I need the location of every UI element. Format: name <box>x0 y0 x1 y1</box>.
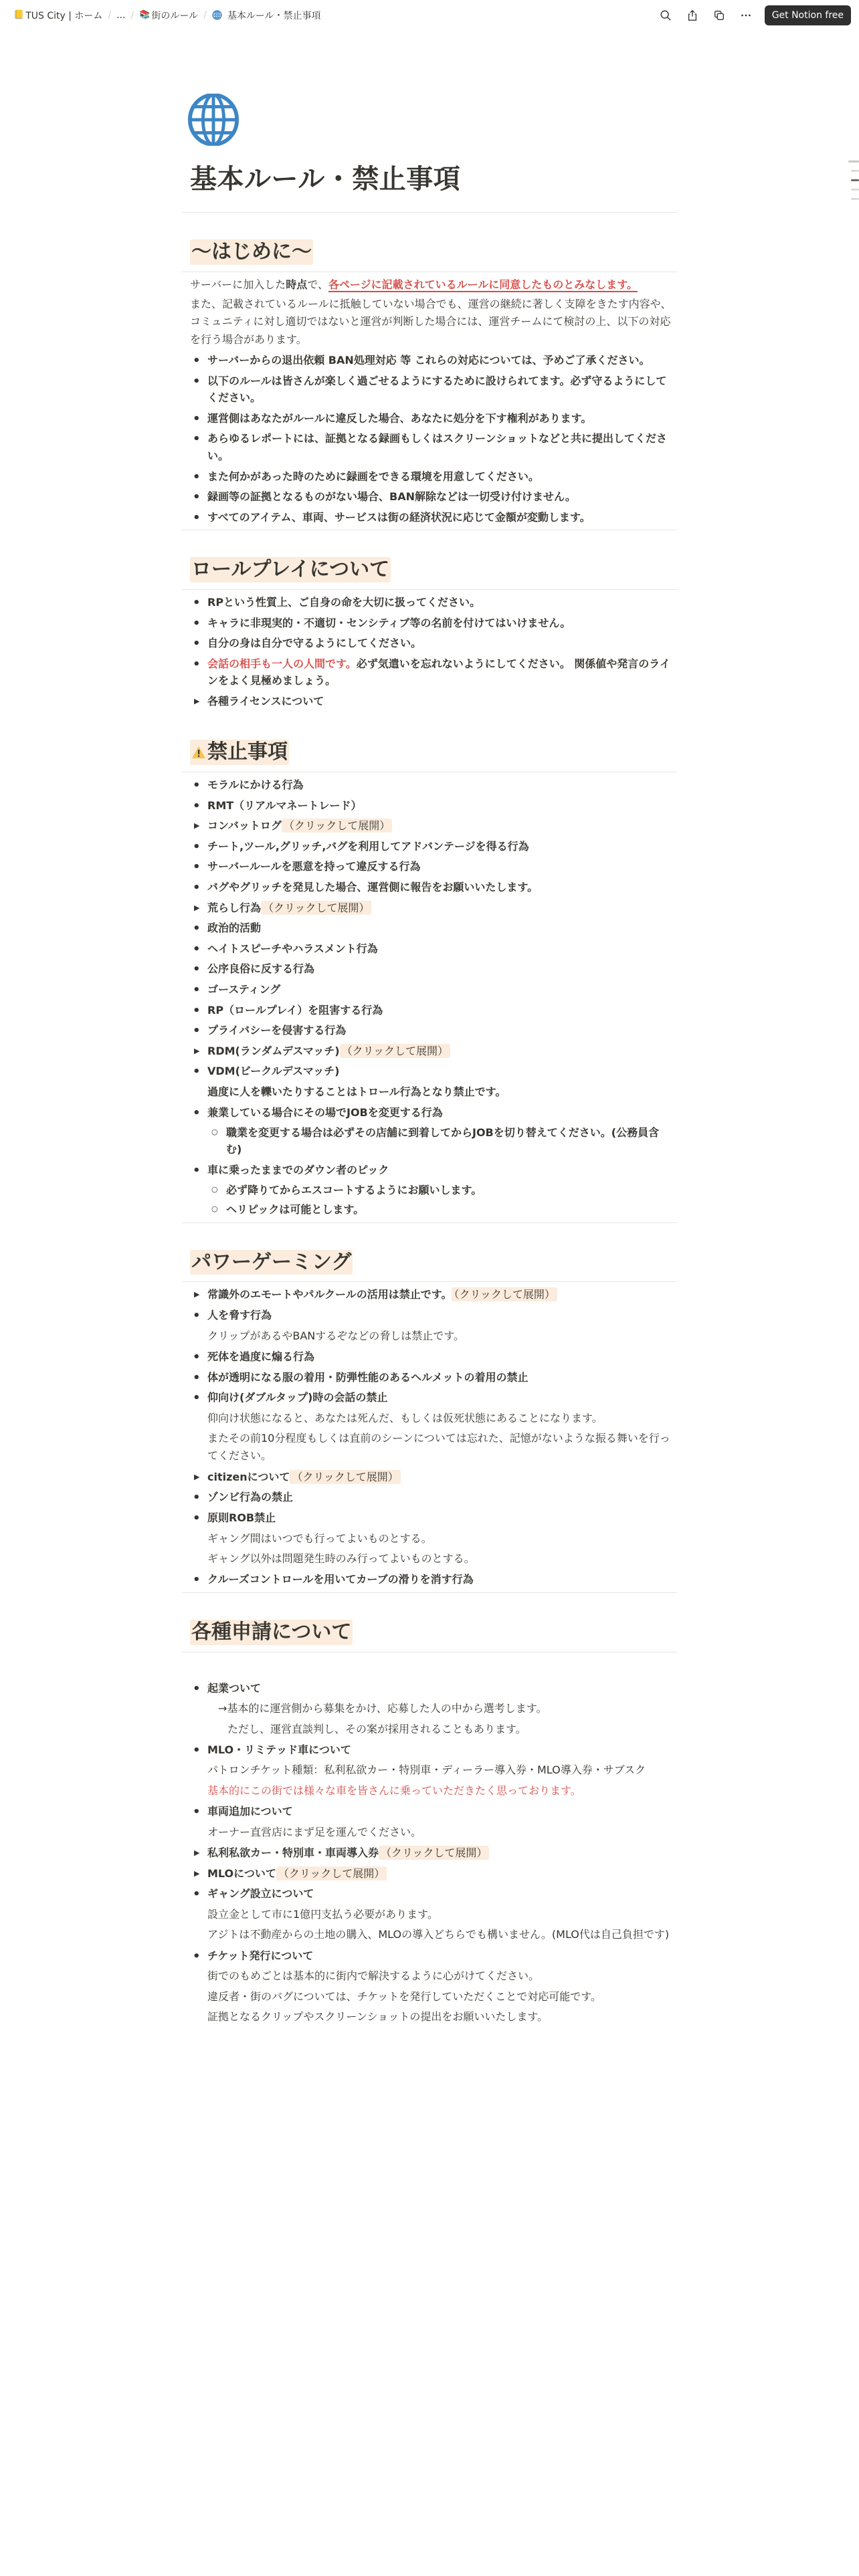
roleplay-list: RPという性質上、ご自身の命を大切に扱ってください。 キャラに非現実的・不適切・… <box>190 594 672 710</box>
books-icon: 📚 <box>139 10 150 20</box>
list-item: チート,ツール,グリッチ,バグを利用してアドバンテージを得る行為 <box>190 838 672 855</box>
list-item: プライバシーを侵害する行為 <box>190 1022 672 1039</box>
list-item: すべてのアイテム、車両、サービスは街の経済状況に応じて金額が変動します。 <box>190 509 672 526</box>
get-notion-free-button[interactable]: Get Notion free <box>765 5 851 25</box>
vdm-note: 過度に人を轢いたりすることはトロール行為となり禁止です。 <box>190 1083 672 1101</box>
search-button[interactable] <box>655 6 676 25</box>
note: 違反者・街のバグについては、チケットを発行していただくことで対応可能です。 <box>190 1988 672 2006</box>
powergaming-list: 常識外のエモートやパルクールの活用は禁止です。（クリックして展開） 人を脅す行為 <box>190 1286 672 1323</box>
note-red: 基本的にこの街では様々な車を皆さんに乗っていただきたく思っております。 <box>190 1782 672 1800</box>
expand-hint: （クリックして展開） <box>452 1287 557 1301</box>
note: 設立金として市に1億円支払う必要があります。 <box>190 1906 672 1923</box>
section-powergaming: パワーゲーミング 常識外のエモートやパルクールの活用は禁止です。（クリックして展… <box>190 1223 672 1593</box>
list-item: 体が透明になる服の着用・防弾性能のあるヘルメットの着用の禁止 <box>190 1369 672 1386</box>
duplicate-button[interactable] <box>708 6 730 25</box>
note: またその前10分程度もしくは直前のシーンについては忘れた、記憶がないような振る舞… <box>190 1430 672 1465</box>
powergaming-list-3: citizenについて（クリックして展開） ゾンビ行為の禁止 原則ROB禁止 <box>190 1469 672 1527</box>
list-item: ヘイトスピーチやハラスメント行為 <box>190 940 672 958</box>
toc-line[interactable] <box>848 160 859 163</box>
warning-icon <box>191 746 206 759</box>
expand-hint: （クリックして展開） <box>282 819 392 833</box>
list-item: 政治的活動 <box>190 920 672 937</box>
topbar-actions: Get Notion free <box>655 5 851 25</box>
page-title: 基本ルール・禁止事項 <box>182 158 677 196</box>
globe-icon <box>212 10 222 20</box>
search-icon <box>660 9 672 21</box>
toc-line[interactable] <box>851 170 859 172</box>
breadcrumb-separator: / <box>203 10 207 21</box>
list-item: 会話の相手も一人の人間です。必ず気遣いを忘れないようにしてください。 関係値や発… <box>190 655 672 689</box>
note: クリップがあるやBANするぞなどの脅しは禁止です。 <box>190 1327 672 1345</box>
expand-hint: （クリックして展開） <box>290 1470 400 1484</box>
top-bar: 📒 TUS City | ホーム / ... / 📚 街のルール / 基本ルール… <box>0 0 859 30</box>
note: 仰向け状態になると、あなたは死んだ、もしくは仮死状態にあることになります。 <box>190 1410 672 1427</box>
section-prohibited: 禁止事項 モラルにかける行為 RMT（リアルマネートレード） コンバットログ（ク… <box>190 713 672 1222</box>
expand-hint: （クリックして展開） <box>379 1846 489 1860</box>
list-item: 車に乗ったままでのダウン者のピック 必ず降りてからエスコートするようにお願いしま… <box>190 1162 672 1218</box>
note: ただし、運営直談判し、その案が採用されることもあります。 <box>190 1721 672 1738</box>
share-icon <box>686 9 698 21</box>
note: パトロンチケット種類：私利私欲カー・特別車・ディーラー導入券・MLO導入券・サブ… <box>190 1761 672 1779</box>
sub-list: 職業を変更する場合は必ずその店舗に到着してからJOBを切り替えてください。(公務… <box>207 1124 672 1158</box>
toggle-combat-log[interactable]: コンバットログ（クリックして展開） <box>190 817 672 835</box>
breadcrumb-town-rules[interactable]: 📚 街のルール <box>135 7 202 23</box>
intro-list: サーバーからの退出依頼 BAN処理対応 等 これらの対応については、予めご了承く… <box>190 352 672 526</box>
applications-list-2: MLO・リミテッド車について <box>190 1741 672 1759</box>
more-icon <box>740 9 752 21</box>
note: アジトは不動産からの土地の購入、MLOの導入どちらでも構いません。(MLO代は自… <box>190 1926 672 1943</box>
sub-list-item: 必ず降りてからエスコートするようにお願いします。 <box>207 1182 672 1199</box>
list-item: モラルにかける行為 <box>190 776 672 794</box>
heading-roleplay: ロールプレイについて <box>190 557 391 582</box>
toggle-trolling[interactable]: 荒らし行為（クリックして展開） <box>190 899 672 917</box>
powergaming-list-4: クルーズコントロールを用いてカーブの滑りを消す行為 <box>190 1571 672 1588</box>
breadcrumb-ellipsis[interactable]: ... <box>112 9 129 22</box>
heading-intro: ～はじめに～ <box>190 239 313 265</box>
list-item: 死体を過度に煽る行為 <box>190 1348 672 1366</box>
toc-line[interactable] <box>851 189 859 191</box>
toc-line-active[interactable] <box>851 179 859 181</box>
sub-list-item: 職業を変更する場合は必ずその店舗に到着してからJOBを切り替えてください。(公務… <box>207 1124 672 1158</box>
list-item: 仰向け(ダブルタップ)時の会話の禁止 <box>190 1389 672 1406</box>
divider <box>182 589 677 590</box>
intro-paragraph-2: また、記載されているルールに抵触していない場合でも、運営の継続に著しく支障をきた… <box>190 296 672 348</box>
agreement-notice: 各ページに記載されているルールに同意したものとみなします。 <box>328 278 638 292</box>
divider <box>182 772 677 772</box>
expand-hint: （クリックして展開） <box>261 901 371 915</box>
list-item: 録画等の証拠となるものがない場合、BAN解除などは一切受け付けません。 <box>190 488 672 506</box>
list-item: RPという性質上、ご自身の命を大切に扱ってください。 <box>190 594 672 611</box>
breadcrumb-separator: / <box>108 10 111 21</box>
list-item: あらゆるレポートには、証拠となる録画もしくはスクリーンショットなどと共に提出して… <box>190 430 672 464</box>
list-item: キャラに非現実的・不適切・センシティブ等の名前を付けてはいけません。 <box>190 615 672 632</box>
section-applications: 各種申請について 起業ついて →基本的に運営側から募集をかけ、応募した人の中から… <box>190 1593 672 2026</box>
toggle-citizen[interactable]: citizenについて（クリックして展開） <box>190 1469 672 1486</box>
toggle-rdm[interactable]: RDM(ランダムデスマッチ)（クリックして展開） <box>190 1043 672 1060</box>
divider <box>182 1281 677 1282</box>
list-item: 運営側はあなたがルールに違反した場合、あなたに処分を下す権利があります。 <box>190 410 672 427</box>
list-item: 以下のルールは皆さんが楽しく過ごせるようにするために設けられてます。必ず守るよう… <box>190 372 672 407</box>
list-item: バグやグリッチを発見した場合、運営側に報告をお願いいたします。 <box>190 879 672 896</box>
list-item: 自分の身は自分で守るようにしてください。 <box>190 635 672 652</box>
sub-list: 必ず降りてからエスコートするようにお願いします。 ヘリピックは可能とします。 <box>207 1182 672 1218</box>
toggle-emotes-parkour[interactable]: 常識外のエモートやパルクールの活用は禁止です。（クリックして展開） <box>190 1286 672 1303</box>
more-button[interactable] <box>735 6 757 25</box>
toc-line[interactable] <box>851 198 859 200</box>
globe-icon[interactable] <box>187 94 240 146</box>
note: 証拠となるクリップやスクリーンショットの提出をお願いいたします。 <box>190 2008 672 2026</box>
duplicate-icon <box>713 9 725 21</box>
divider <box>182 1652 677 1652</box>
list-item: 公序良俗に反する行為 <box>190 960 672 978</box>
divider <box>182 272 677 272</box>
toggle-mlo[interactable]: MLOについて（クリックして展開） <box>190 1865 672 1883</box>
heading-powergaming: パワーゲーミング <box>190 1250 353 1275</box>
applications-list-4: 私利私欲カー・特別車・車両導入券（クリックして展開） MLOについて（クリックし… <box>190 1844 672 1903</box>
note: 街でのもめごとは基本的に街内で解決するように心がけてください。 <box>190 1967 672 1985</box>
list-item: ゾンビ行為の禁止 <box>190 1489 672 1506</box>
list-item: また何かがあった時のために録画をできる環境を用意してください。 <box>190 468 672 486</box>
list-item: RMT（リアルマネートレード） <box>190 797 672 815</box>
list-item: 人を脅す行為 <box>190 1307 672 1324</box>
list-item: 原則ROB禁止 <box>190 1509 672 1527</box>
notebook-icon: 📒 <box>13 10 24 20</box>
list-item: クルーズコントロールを用いてカーブの滑りを消す行為 <box>190 1571 672 1588</box>
sub-list-item: ヘリピックは可能とします。 <box>207 1201 672 1218</box>
list-item: サーバーからの退出依頼 BAN処理対応 等 これらの対応については、予めご了承く… <box>190 352 672 369</box>
page-content: 基本ルール・禁止事項 ～はじめに～ サーバーに加入した時点で、各ページに記載され… <box>182 0 677 2026</box>
list-item: 起業ついて <box>190 1680 672 1697</box>
note: ギャング以外は問題発生時のみ行ってよいものとする。 <box>190 1550 672 1568</box>
list-item: VDM(ビークルデスマッチ) <box>190 1063 672 1080</box>
toggle-license[interactable]: 各種ライセンスについて <box>190 693 672 710</box>
heading-applications: 各種申請について <box>190 1620 353 1645</box>
list-item: ゴースティング <box>190 981 672 998</box>
share-button[interactable] <box>682 6 703 25</box>
section-intro: ～はじめに～ サーバーに加入した時点で、各ページに記載されているルールに同意した… <box>190 213 672 530</box>
powergaming-list-2: 死体を過度に煽る行為 体が透明になる服の着用・防弾性能のあるヘルメットの着用の禁… <box>190 1348 672 1406</box>
prohibited-list: モラルにかける行為 RMT（リアルマネートレード） コンバットログ（クリックして… <box>190 776 672 1080</box>
breadcrumb-separator: / <box>130 10 134 21</box>
expand-hint: （クリックして展開） <box>340 1044 450 1058</box>
note: ギャング間はいつでも行ってよいものとする。 <box>190 1530 672 1547</box>
list-item: RP（ロールプレイ）を阻害する行為 <box>190 1002 672 1019</box>
expand-hint: （クリックして展開） <box>276 1866 387 1881</box>
section-roleplay: ロールプレイについて RPという性質上、ご自身の命を大切に扱ってください。 キャ… <box>190 530 672 710</box>
note: オーナー直営店にまず足を運んでください。 <box>190 1824 672 1841</box>
breadcrumb-current-page[interactable]: 基本ルール・禁止事項 <box>208 7 325 23</box>
prohibited-list-2: 兼業している場合にその場でJOBを変更する行為 職業を変更する場合は必ずその店舗… <box>190 1104 672 1218</box>
applications-list: 起業ついて <box>190 1680 672 1697</box>
toggle-special-cars[interactable]: 私利私欲カー・特別車・車両導入券（クリックして展開） <box>190 1844 672 1862</box>
list-item: サーバールールを悪意を持って違反する行為 <box>190 858 672 875</box>
breadcrumb: 📒 TUS City | ホーム / ... / 📚 街のルール / 基本ルール… <box>9 7 325 23</box>
note: →基本的に運営側から募集をかけ、応募した人の中から選考します。 <box>190 1700 672 1717</box>
intro-paragraph-1: サーバーに加入した時点で、各ページに記載されているルールに同意したものとみなしま… <box>190 276 672 294</box>
list-item: チケット発行について <box>190 1947 672 1965</box>
heading-prohibited: 禁止事項 <box>190 740 289 765</box>
list-item: 車両追加について <box>190 1803 672 1820</box>
list-item: MLO・リミテッド車について <box>190 1741 672 1759</box>
breadcrumb-home[interactable]: 📒 TUS City | ホーム <box>9 7 106 23</box>
applications-list-5: チケット発行について <box>190 1947 672 1965</box>
list-item: 兼業している場合にその場でJOBを変更する行為 職業を変更する場合は必ずその店舗… <box>190 1104 672 1158</box>
applications-list-3: 車両追加について <box>190 1803 672 1820</box>
table-of-contents-indicator[interactable] <box>823 160 859 200</box>
list-item: ギャング設立について <box>190 1885 672 1903</box>
